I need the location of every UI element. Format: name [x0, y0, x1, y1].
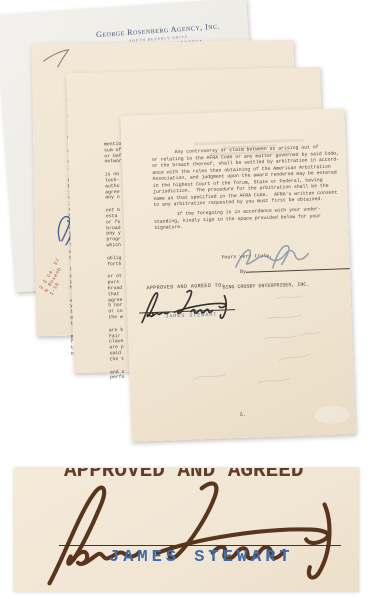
contract-page-4: Any controversy or claim between us aris…: [120, 108, 355, 442]
red-stamp: 2 2 ca. 57% Rosenb1-16: [38, 257, 71, 296]
sign-request-paragraph: If the foregoing is in accordance with y…: [154, 207, 322, 232]
pencil-annotations: [127, 288, 355, 416]
signature-enlargement: APPROVED AND AGREED JAMES STEWART: [14, 468, 359, 592]
auction-photo-composite: George Rosenberg Agency, Inc. South Beve…: [0, 0, 373, 599]
arbitration-paragraph: Any controversy or claim between us aris…: [152, 144, 341, 209]
executive-signature: [229, 240, 326, 271]
pencil-mark: [42, 46, 72, 73]
james-stewart-signature-large: [22, 474, 352, 586]
enlargement-typed-name: JAMES STEWART: [109, 548, 294, 567]
signature-baseline: [59, 545, 341, 546]
